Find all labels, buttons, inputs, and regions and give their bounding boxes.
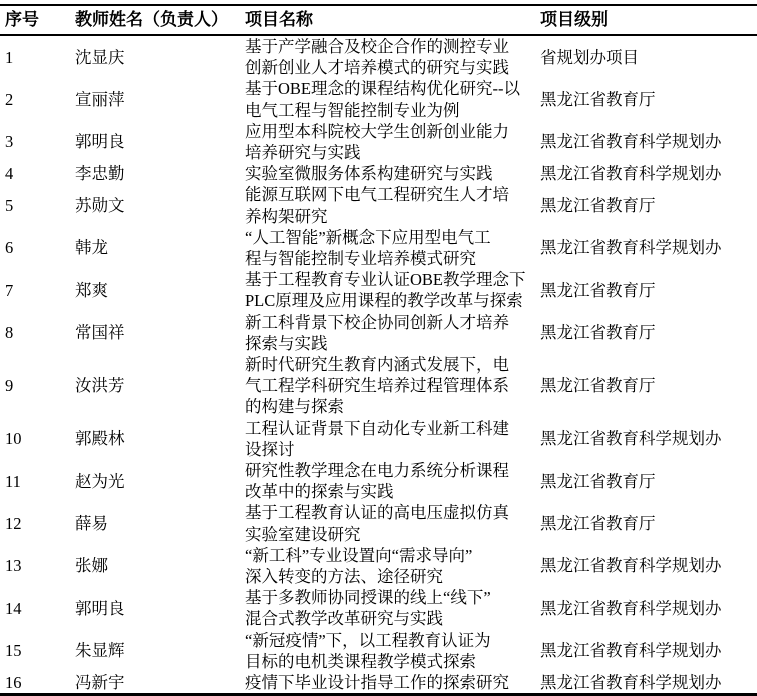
cell-serial-number: 11 — [0, 460, 70, 502]
cell-teacher-name: 常国祥 — [70, 312, 240, 354]
cell-project-name: 基于产学融合及校企合作的测控专业 创新创业人才培养模式的研究与实践 — [240, 35, 535, 78]
cell-project-level: 黑龙江省教育科学规划办 — [535, 418, 757, 460]
cell-teacher-name: 郭明良 — [70, 587, 240, 629]
cell-serial-number: 4 — [0, 163, 70, 184]
table-body: 1 沈显庆 基于产学融合及校企合作的测控专业 创新创业人才培养模式的研究与实践 … — [0, 35, 757, 695]
cell-project-level: 黑龙江省教育厅 — [535, 460, 757, 502]
header-row: 序号 教师姓名（负责人） 项目名称 项目级别 — [0, 5, 757, 35]
cell-project-level: 黑龙江省教育科学规划办 — [535, 545, 757, 587]
table-row: 10 郭殿林 工程认证背景下自动化专业新工科建 设探讨 黑龙江省教育科学规划办 — [0, 418, 757, 460]
cell-teacher-name: 郭明良 — [70, 121, 240, 163]
table-row: 14 郭明良 基于多教师协同授课的线上“线下” 混合式教学改革研究与实践 黑龙江… — [0, 587, 757, 629]
cell-project-name: 新时代研究生教育内涵式发展下，电 气工程学科研究生培养过程管理体系 的构建与探索 — [240, 354, 535, 418]
table-row: 8 常国祥 新工科背景下校企协同创新人才培养 探索与实践 黑龙江省教育厅 — [0, 312, 757, 354]
cell-project-level: 黑龙江省教育厅 — [535, 269, 757, 311]
table-row: 4 李忠勤 实验室微服务体系构建研究与实践 黑龙江省教育科学规划办 — [0, 163, 757, 184]
cell-project-level: 黑龙江省教育科学规划办 — [535, 630, 757, 672]
cell-serial-number: 12 — [0, 502, 70, 544]
cell-teacher-name: 冯新宇 — [70, 672, 240, 695]
cell-serial-number: 6 — [0, 227, 70, 269]
cell-project-level: 黑龙江省教育科学规划办 — [535, 163, 757, 184]
cell-serial-number: 5 — [0, 184, 70, 226]
cell-teacher-name: 赵为光 — [70, 460, 240, 502]
cell-teacher-name: 张娜 — [70, 545, 240, 587]
table-row: 11 赵为光 研究性教学理念在电力系统分析课程 改革中的探索与实践 黑龙江省教育… — [0, 460, 757, 502]
teacher-projects-table: 序号 教师姓名（负责人） 项目名称 项目级别 1 沈显庆 基于产学融合及校企合作… — [0, 4, 757, 696]
cell-project-name: “新工科”专业设置向“需求导向” 深入转变的方法、途径研究 — [240, 545, 535, 587]
cell-project-name: 基于OBE理念的课程结构优化研究--以 电气工程与智能控制专业为例 — [240, 78, 535, 120]
cell-serial-number: 2 — [0, 78, 70, 120]
cell-project-level: 黑龙江省教育厅 — [535, 354, 757, 418]
cell-teacher-name: 朱显辉 — [70, 630, 240, 672]
table-row: 13 张娜 “新工科”专业设置向“需求导向” 深入转变的方法、途径研究 黑龙江省… — [0, 545, 757, 587]
cell-serial-number: 8 — [0, 312, 70, 354]
cell-teacher-name: 薛易 — [70, 502, 240, 544]
table-row: 2 宣丽萍 基于OBE理念的课程结构优化研究--以 电气工程与智能控制专业为例 … — [0, 78, 757, 120]
table-row: 3 郭明良 应用型本科院校大学生创新创业能力 培养研究与实践 黑龙江省教育科学规… — [0, 121, 757, 163]
cell-project-name: 基于多教师协同授课的线上“线下” 混合式教学改革研究与实践 — [240, 587, 535, 629]
cell-project-level: 黑龙江省教育科学规划办 — [535, 587, 757, 629]
table-row: 6 韩龙 “人工智能”新概念下应用型电气工 程与智能控制专业培养模式研究 黑龙江… — [0, 227, 757, 269]
cell-serial-number: 7 — [0, 269, 70, 311]
column-header-teacher-name: 教师姓名（负责人） — [70, 5, 240, 35]
cell-teacher-name: 韩龙 — [70, 227, 240, 269]
table-row: 5 苏勋文 能源互联网下电气工程研究生人才培 养构架研究 黑龙江省教育厅 — [0, 184, 757, 226]
cell-serial-number: 9 — [0, 354, 70, 418]
column-header-project-name: 项目名称 — [240, 5, 535, 35]
column-header-serial: 序号 — [0, 5, 70, 35]
cell-project-level: 黑龙江省教育科学规划办 — [535, 672, 757, 695]
cell-project-name: 研究性教学理念在电力系统分析课程 改革中的探索与实践 — [240, 460, 535, 502]
cell-project-level: 省规划办项目 — [535, 35, 757, 78]
table-row: 1 沈显庆 基于产学融合及校企合作的测控专业 创新创业人才培养模式的研究与实践 … — [0, 35, 757, 78]
cell-teacher-name: 汝洪芳 — [70, 354, 240, 418]
cell-project-level: 黑龙江省教育厅 — [535, 78, 757, 120]
cell-serial-number: 1 — [0, 35, 70, 78]
table-row: 12 薛易 基于工程教育认证的高电压虚拟仿真 实验室建设研究 黑龙江省教育厅 — [0, 502, 757, 544]
table-row: 16 冯新宇 疫情下毕业设计指导工作的探索研究 黑龙江省教育科学规划办 — [0, 672, 757, 695]
cell-teacher-name: 宣丽萍 — [70, 78, 240, 120]
table-row: 7 郑爽 基于工程教育专业认证OBE教学理念下 PLC原理及应用课程的教学改革与… — [0, 269, 757, 311]
cell-teacher-name: 郑爽 — [70, 269, 240, 311]
cell-project-name: 基于工程教育专业认证OBE教学理念下 PLC原理及应用课程的教学改革与探索 — [240, 269, 535, 311]
cell-teacher-name: 沈显庆 — [70, 35, 240, 78]
cell-project-level: 黑龙江省教育厅 — [535, 502, 757, 544]
column-header-project-level: 项目级别 — [535, 5, 757, 35]
cell-serial-number: 10 — [0, 418, 70, 460]
cell-project-level: 黑龙江省教育科学规划办 — [535, 121, 757, 163]
cell-serial-number: 13 — [0, 545, 70, 587]
cell-serial-number: 14 — [0, 587, 70, 629]
table-row: 9 汝洪芳 新时代研究生教育内涵式发展下，电 气工程学科研究生培养过程管理体系 … — [0, 354, 757, 418]
cell-project-name: 基于工程教育认证的高电压虚拟仿真 实验室建设研究 — [240, 502, 535, 544]
table-row: 15 朱显辉 “新冠疫情”下，以工程教育认证为 目标的电机类课程教学模式探索 黑… — [0, 630, 757, 672]
cell-project-name: “新冠疫情”下，以工程教育认证为 目标的电机类课程教学模式探索 — [240, 630, 535, 672]
cell-serial-number: 3 — [0, 121, 70, 163]
cell-project-name: 工程认证背景下自动化专业新工科建 设探讨 — [240, 418, 535, 460]
cell-teacher-name: 李忠勤 — [70, 163, 240, 184]
cell-project-level: 黑龙江省教育厅 — [535, 312, 757, 354]
cell-project-name: “人工智能”新概念下应用型电气工 程与智能控制专业培养模式研究 — [240, 227, 535, 269]
cell-serial-number: 16 — [0, 672, 70, 695]
cell-serial-number: 15 — [0, 630, 70, 672]
cell-project-name: 应用型本科院校大学生创新创业能力 培养研究与实践 — [240, 121, 535, 163]
cell-project-name: 新工科背景下校企协同创新人才培养 探索与实践 — [240, 312, 535, 354]
table-header: 序号 教师姓名（负责人） 项目名称 项目级别 — [0, 5, 757, 35]
cell-project-name: 实验室微服务体系构建研究与实践 — [240, 163, 535, 184]
cell-project-level: 黑龙江省教育厅 — [535, 184, 757, 226]
document-page: 序号 教师姓名（负责人） 项目名称 项目级别 1 沈显庆 基于产学融合及校企合作… — [0, 0, 757, 696]
cell-project-name: 能源互联网下电气工程研究生人才培 养构架研究 — [240, 184, 535, 226]
cell-project-level: 黑龙江省教育科学规划办 — [535, 227, 757, 269]
cell-teacher-name: 郭殿林 — [70, 418, 240, 460]
cell-project-name: 疫情下毕业设计指导工作的探索研究 — [240, 672, 535, 695]
cell-teacher-name: 苏勋文 — [70, 184, 240, 226]
